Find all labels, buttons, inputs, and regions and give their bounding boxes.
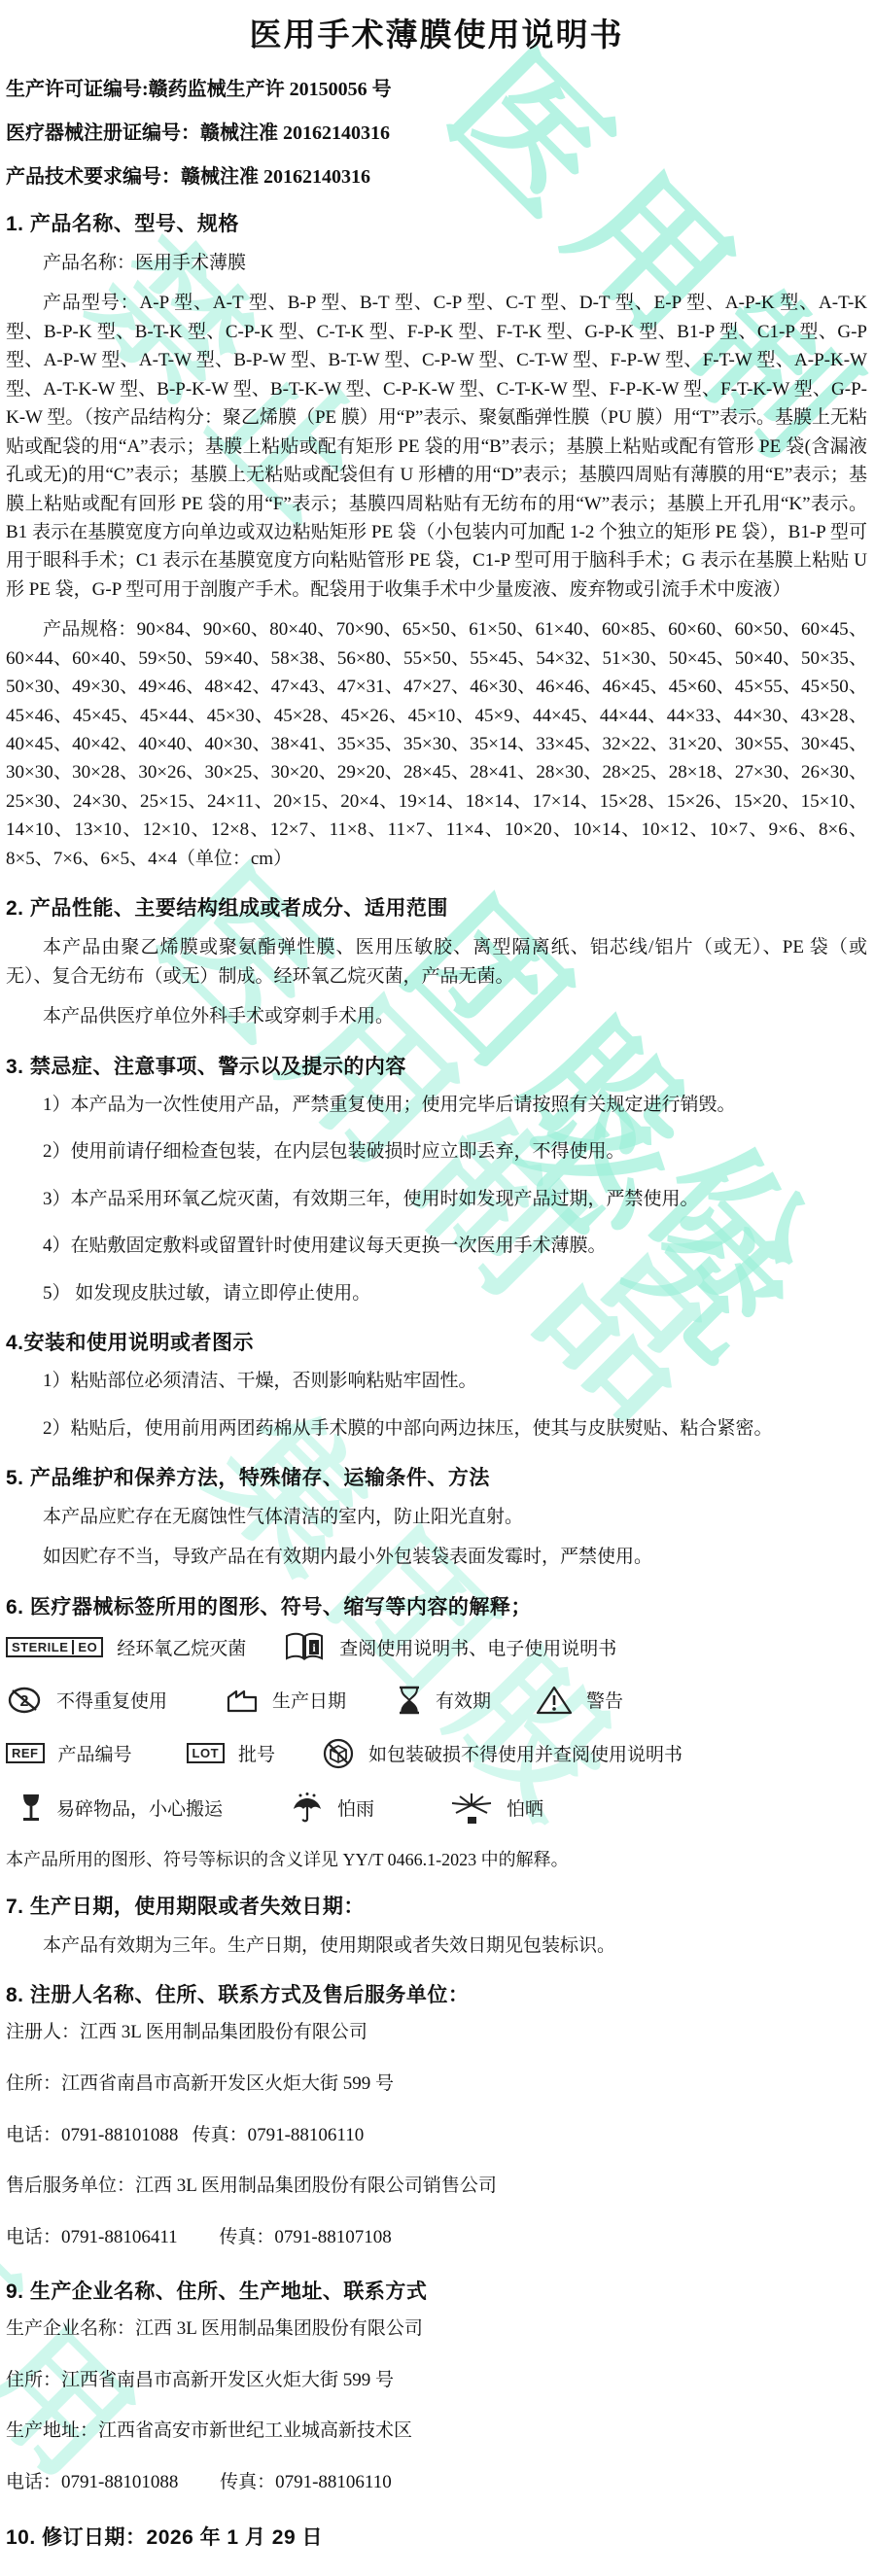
usage-item: 2）粘贴后，使用前用两团药棉从手术膜的中部向两边抹压，使其与皮肤熨贴、粘合紧密。 [6, 1415, 867, 1444]
symbol-label: 如包装破损不得使用并查阅使用说明书 [368, 1740, 682, 1766]
section-6-heading: 6. 医疗器械标签所用的图形、符号、缩写等内容的解释； [6, 1591, 867, 1620]
symbols-row: 2 不得重复使用 生产日期 [6, 1685, 867, 1716]
storage-warning-paragraph: 如因贮存不当，导致产品在有效期内最小外包装袋表面发霉时，严禁使用。 [6, 1543, 867, 1571]
symbols-row: 易碎物品，小心搬运 怕雨 [6, 1792, 867, 1825]
registrant-line: 注册人：江西 3L 医用制品集团股份有限公司 [6, 2020, 867, 2046]
symbol-label: 怕晒 [507, 1794, 543, 1821]
symbol-label: 生产日期 [272, 1687, 346, 1713]
symbol-do-not-reuse: 2 不得重复使用 [6, 1686, 167, 1715]
composition-paragraph: 本产品由聚乙烯膜或聚氨酯弹性膜、医用压敏胶、离型隔离纸、铝芯线/铝片（或无）、P… [6, 933, 867, 991]
sterile-text: STERILE [12, 1640, 68, 1654]
symbol-manufacture-date: 生产日期 [226, 1686, 346, 1715]
caution-item: 1）本产品为一次性使用产品，严禁重复使用；使用完毕后请按照有关规定进行销毁。 [6, 1092, 867, 1120]
symbols-table: STERILEEO 经环氧乙烷灭菌 i 查阅使用说明书、电子使用说明书 [6, 1632, 867, 1825]
symbol-ref: REF 产品编号 [6, 1740, 132, 1766]
validity-paragraph: 本产品有效期为三年。生产日期，使用期限或者失效日期见包装标识。 [6, 1932, 867, 1960]
registrant-phone-fax-line: 电话：0791-88101088 传真：0791-88106110 [6, 2123, 867, 2149]
eo-text: EO [72, 1640, 97, 1654]
symbol-label: 有效期 [436, 1687, 491, 1713]
section-1-heading: 1. 产品名称、型号、规格 [6, 208, 867, 237]
keep-away-from-sunlight-icon [450, 1792, 493, 1825]
symbol-keep-away-from-sunlight: 怕晒 [450, 1792, 543, 1825]
symbol-label: 不得重复使用 [56, 1687, 167, 1713]
symbol-fragile: 易碎物品，小心搬运 [19, 1793, 223, 1824]
symbols-row: REF 产品编号 LOT 批号 如包装破损不得使用并查阅使用说明书 [6, 1737, 867, 1770]
symbol-label: 产品编号 [58, 1740, 132, 1766]
product-name-line: 产品名称：医用手术薄膜 [6, 249, 867, 277]
manufacturer-address-line: 住所：江西省南昌市高新开发区火炬大街 599 号 [6, 2368, 867, 2394]
ref-icon: REF [6, 1743, 45, 1763]
product-spec-paragraph: 产品规格：90×84、90×60、80×40、70×90、65×50、61×50… [6, 615, 867, 873]
production-license-line: 生产许可证编号:赣药监械生产许 20150056 号 [6, 73, 867, 101]
keep-dry-icon [291, 1792, 324, 1825]
storage-paragraph: 本产品应贮存在无腐蚀性气体清洁的室内，防止阳光直射。 [6, 1503, 867, 1531]
symbol-label: 警告 [586, 1687, 623, 1713]
symbol-label: 经环氧乙烷灭菌 [117, 1634, 246, 1660]
registration-cert-line: 医疗器械注册证编号：赣械注准 20162140316 [6, 117, 867, 145]
product-model-paragraph: 产品型号：A-P 型、A-T 型、B-P 型、B-T 型、C-P 型、C-T 型… [6, 289, 867, 604]
caution-item: 3）本产品采用环氧乙烷灭菌，有效期三年，使用时如发现产品过期，严禁使用。 [6, 1186, 867, 1214]
manufacturer-name-line: 生产企业名称：江西 3L 医用制品集团股份有限公司 [6, 2316, 867, 2343]
consult-instructions-icon: i [283, 1632, 326, 1663]
symbol-lot: LOT 批号 [187, 1740, 276, 1766]
technical-requirement-line: 产品技术要求编号：赣械注准 20162140316 [6, 160, 867, 189]
document-page: 医用手术薄膜使用说明书 生产许可证编号:赣药监械生产许 20150056 号 医… [0, 0, 875, 2576]
production-address-line: 生产地址：江西省高安市新世纪工业城高新技术区 [6, 2419, 867, 2445]
after-sales-phone-fax-line: 电话：0791-88106411 传真：0791-88107108 [6, 2225, 867, 2251]
symbols-row: STERILEEO 经环氧乙烷灭菌 i 查阅使用说明书、电子使用说明书 [6, 1632, 867, 1663]
lot-icon: LOT [187, 1743, 226, 1763]
do-not-reuse-icon: 2 [6, 1686, 43, 1715]
caution-item: 5） 如发现皮肤过敏，请立即停止使用。 [6, 1280, 867, 1308]
intended-use-paragraph: 本产品供医疗单位外科手术或穿刺手术用。 [6, 1002, 867, 1030]
section-3-heading: 3. 禁忌症、注意事项、警示以及提示的内容 [6, 1051, 867, 1080]
usage-item: 1）粘贴部位必须清洁、干燥，否则影响粘贴牢固性。 [6, 1368, 867, 1396]
symbol-damaged-package: 如包装破损不得使用并查阅使用说明书 [322, 1737, 682, 1770]
symbol-use-by-date: 有效期 [397, 1685, 491, 1716]
section-4-heading: 4.安装和使用说明或者图示 [6, 1327, 867, 1356]
section-2-heading: 2. 产品性能、主要结构组成或者成分、适用范围 [6, 892, 867, 922]
damaged-package-icon [322, 1737, 355, 1770]
section-7-heading: 7. 生产日期，使用期限或者失效日期： [6, 1891, 867, 1920]
symbol-sterile-eo: STERILEEO 经环氧乙烷灭菌 [6, 1634, 246, 1660]
symbol-warning: 警告 [536, 1685, 623, 1716]
symbol-label: 查阅使用说明书、电子使用说明书 [339, 1634, 616, 1660]
caution-item: 2）使用前请仔细检查包装，在内层包装破损时应立即丢弃，不得使用。 [6, 1138, 867, 1166]
symbols-note: 本产品所用的图形、符号等标识的含义详见 YY/T 0466.1-2023 中的解… [6, 1846, 867, 1871]
caution-item: 4）在贴敷固定敷料或留置针时使用建议每天更换一次医用手术薄膜。 [6, 1233, 867, 1261]
manufacture-date-icon [226, 1686, 259, 1715]
warning-icon [536, 1685, 573, 1716]
symbol-label: 批号 [238, 1740, 275, 1766]
section-10-heading: 10. 修订日期：2026 年 1 月 29 日 [6, 2522, 867, 2551]
document-title: 医用手术薄膜使用说明书 [6, 10, 867, 55]
registrant-address-line: 住所：江西省南昌市高新开发区火炬大街 599 号 [6, 2071, 867, 2098]
symbol-keep-dry: 怕雨 [291, 1792, 374, 1825]
symbol-label: 怕雨 [337, 1794, 374, 1821]
section-5-heading: 5. 产品维护和保养方法，特殊储存、运输条件、方法 [6, 1462, 867, 1491]
section-9-heading: 9. 生产企业名称、住所、生产地址、联系方式 [6, 2276, 867, 2305]
sterile-eo-icon: STERILEEO [6, 1637, 103, 1657]
section-8-heading: 8. 注册人名称、住所、联系方式及售后服务单位： [6, 1979, 867, 2008]
symbol-label: 易碎物品，小心搬运 [56, 1794, 223, 1821]
after-sales-unit-line: 售后服务单位：江西 3L 医用制品集团股份有限公司销售公司 [6, 2174, 867, 2200]
symbol-consult-instructions: i 查阅使用说明书、电子使用说明书 [283, 1632, 616, 1663]
fragile-icon [19, 1793, 43, 1824]
manufacturer-phone-fax-line: 电话：0791-88101088 传真：0791-88106110 [6, 2470, 867, 2496]
use-by-date-icon [397, 1685, 422, 1716]
